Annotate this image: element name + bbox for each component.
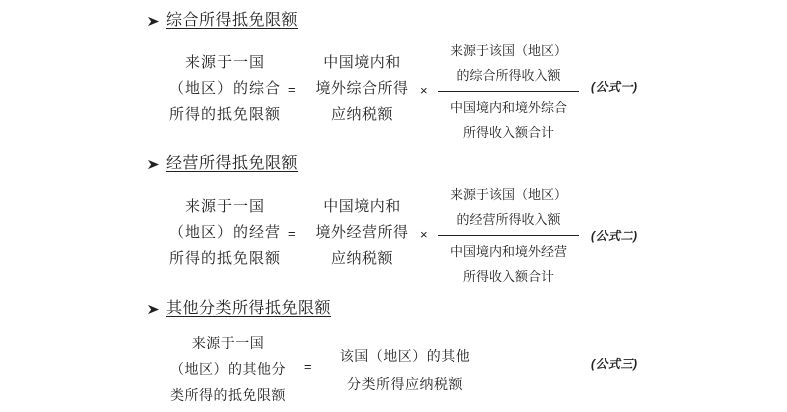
formula2-numerator-line2: 的经营所得收入额 xyxy=(438,207,579,232)
formula3-right-term: 该国（地区）的其他 分类所得应纳税额 xyxy=(330,342,480,398)
formula3-left-line3: 类所得的抵免限额 xyxy=(158,382,298,408)
formula1-fraction: 来源于该国（地区） 的综合所得收入额 中国境内和境外综合 所得收入额合计 xyxy=(438,38,579,145)
arrow-bullet-icon xyxy=(147,15,160,28)
formula1-denominator-line2: 所得收入额合计 xyxy=(438,120,579,145)
formula1-fraction-numerator: 来源于该国（地区） 的综合所得收入额 xyxy=(438,38,579,92)
formula1-denominator-line1: 中国境内和境外综合 xyxy=(438,95,579,120)
formula1-middle-line2: 境外综合所得 xyxy=(303,76,421,102)
heading-business-income: 经营所得抵免限额 xyxy=(147,153,298,175)
formula1-middle-line3: 应纳税额 xyxy=(303,102,421,128)
formula2-middle-line1: 中国境内和 xyxy=(303,194,421,220)
formula2-equals-sign: = xyxy=(288,226,296,242)
heading-comprehensive-income: 综合所得抵免限额 xyxy=(147,10,298,32)
formula1-multiply-sign: × xyxy=(420,83,428,99)
formula3-left-term: 来源于一国 （地区）的其他分 类所得的抵免限额 xyxy=(158,330,298,408)
formula3-left-line2: （地区）的其他分 xyxy=(158,356,298,382)
formula1-left-term: 来源于一国 （地区）的综合 所得的抵免限额 xyxy=(158,50,292,128)
formula3-label: (公式三) xyxy=(591,357,638,371)
heading-text: 其他分类所得抵免限额 xyxy=(166,298,331,320)
formula2-middle-line3: 应纳税额 xyxy=(303,246,421,272)
formula2-denominator-line1: 中国境内和境外经营 xyxy=(438,239,579,264)
formula1-numerator-line2: 的综合所得收入额 xyxy=(438,63,579,88)
formula1-left-line1: 来源于一国 xyxy=(158,50,292,76)
formula1-fraction-denominator: 中国境内和境外综合 所得收入额合计 xyxy=(438,92,579,145)
formula1-numerator-line1: 来源于该国（地区） xyxy=(438,38,579,63)
formula2-left-line1: 来源于一国 xyxy=(158,194,292,220)
document-page: 综合所得抵免限额 来源于一国 （地区）的综合 所得的抵免限额 = 中国境内和 境… xyxy=(0,0,787,412)
formula1-middle-term: 中国境内和 境外综合所得 应纳税额 xyxy=(303,50,421,128)
formula2-middle-term: 中国境内和 境外经营所得 应纳税额 xyxy=(303,194,421,272)
arrow-bullet-icon xyxy=(147,303,160,316)
formula2-numerator-line1: 来源于该国（地区） xyxy=(438,182,579,207)
formula3-right-line1: 该国（地区）的其他 xyxy=(330,342,480,370)
formula1-left-line3: 所得的抵免限额 xyxy=(158,102,292,128)
formula2-label: (公式二) xyxy=(591,229,638,243)
formula2-fraction-denominator: 中国境内和境外经营 所得收入额合计 xyxy=(438,236,579,289)
formula2-left-line3: 所得的抵免限额 xyxy=(158,246,292,272)
arrow-bullet-icon xyxy=(147,158,160,171)
heading-other-classified-income: 其他分类所得抵免限额 xyxy=(147,298,331,320)
formula3-left-line1: 来源于一国 xyxy=(158,330,298,356)
formula2-multiply-sign: × xyxy=(420,227,428,243)
heading-text: 经营所得抵免限额 xyxy=(166,153,298,175)
formula2-middle-line2: 境外经营所得 xyxy=(303,220,421,246)
formula3-equals-sign: = xyxy=(304,359,312,375)
formula2-fraction: 来源于该国（地区） 的经营所得收入额 中国境内和境外经营 所得收入额合计 xyxy=(438,182,579,289)
formula2-left-line2: （地区）的经营 xyxy=(158,220,292,246)
heading-text: 综合所得抵免限额 xyxy=(166,10,298,32)
formula2-fraction-numerator: 来源于该国（地区） 的经营所得收入额 xyxy=(438,182,579,236)
formula1-left-line2: （地区）的综合 xyxy=(158,76,292,102)
formula3-right-line2: 分类所得应纳税额 xyxy=(330,370,480,398)
formula2-denominator-line2: 所得收入额合计 xyxy=(438,264,579,289)
formula1-middle-line1: 中国境内和 xyxy=(303,50,421,76)
formula2-left-term: 来源于一国 （地区）的经营 所得的抵免限额 xyxy=(158,194,292,272)
formula1-equals-sign: = xyxy=(288,82,296,98)
formula1-label: (公式一) xyxy=(591,80,638,94)
